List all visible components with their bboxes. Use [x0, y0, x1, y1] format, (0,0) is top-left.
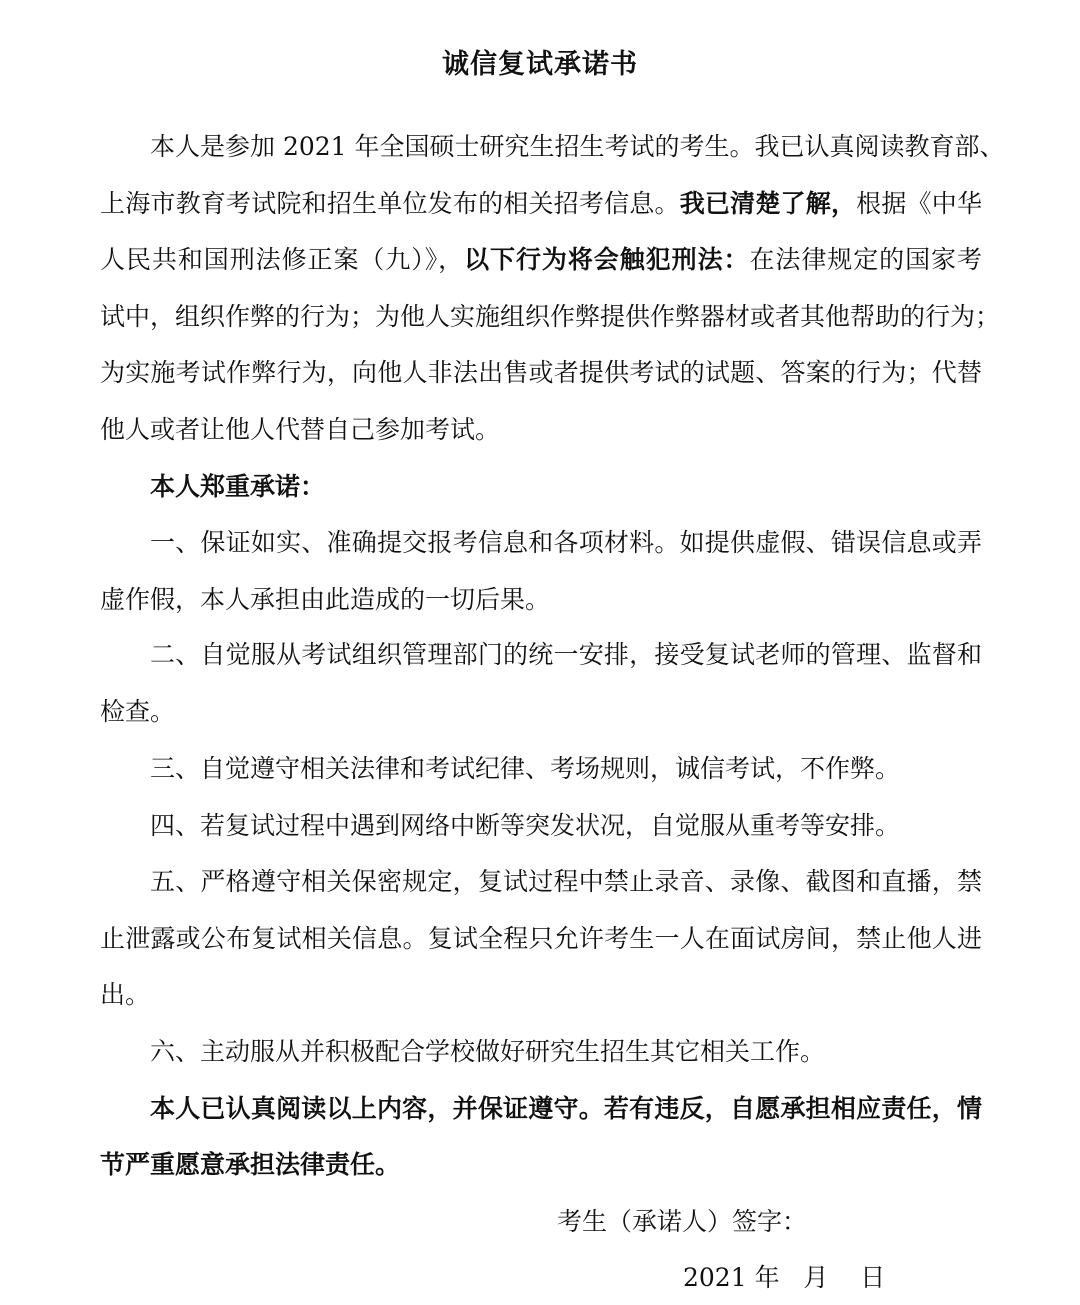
pledge-heading: 本人郑重承诺：: [150, 470, 982, 504]
pledge-item-1-line-2: 虚作假，本人承担由此造成的一切后果。: [100, 583, 982, 617]
intro-bold-text: 以下行为将会触犯刑法：: [464, 245, 749, 274]
pledge-item-5-line-1: 五、严格遵守相关保密规定，复试过程中禁止录音、录像、截图和直播，禁: [150, 865, 982, 899]
intro-line-2: 上海市教育考试院和招生单位发布的相关招考信息。我已清楚了解，根据《中华: [100, 187, 982, 221]
document-title: 诚信复试承诺书: [0, 42, 1080, 81]
intro-text: 上海市教育考试院和招生单位发布的相关招考信息。: [100, 189, 680, 218]
pledge-item-1-line-1: 一、保证如实、准确提交报考信息和各项材料。如提供虚假、错误信息或弄: [150, 526, 982, 560]
pledge-item-5-line-2: 止泄露或公布复试相关信息。复试全程只允许考生一人在面试房间，禁止他人进: [100, 922, 982, 956]
intro-line-3: 人民共和国刑法修正案（九）》，以下行为将会触犯刑法：在法律规定的国家考: [100, 243, 982, 277]
pledge-item-5-line-3: 出。: [100, 978, 982, 1012]
signature-label: 考生（承诺人）签字：: [557, 1205, 807, 1239]
intro-line-5: 为实施考试作弊行为，向他人非法出售或者提供考试的试题、答案的行为；代替: [100, 356, 982, 390]
pledge-item-2-line-1: 二、自觉服从考试组织管理部门的统一安排，接受复试老师的管理、监督和: [150, 638, 982, 672]
intro-line-1: 本人是参加 2021 年全国硕士研究生招生考试的考生。我已认真阅读教育部、: [150, 130, 982, 164]
intro-line-6: 他人或者让他人代替自己参加考试。: [100, 413, 982, 447]
closing-line-2: 节严重愿意承担法律责任。: [100, 1148, 982, 1182]
closing-line-1: 本人已认真阅读以上内容，并保证遵守。若有违反，自愿承担相应责任，情: [150, 1092, 982, 1126]
pledge-item-2-line-2: 检查。: [100, 695, 982, 729]
pledge-item-4: 四、若复试过程中遇到网络中断等突发状况，自觉服从重考等安排。: [150, 809, 982, 843]
intro-text: 人民共和国刑法修正案（九）》，: [100, 245, 464, 274]
pledge-item-3: 三、自觉遵守相关法律和考试纪律、考场规则，诚信考试，不作弊。: [150, 752, 982, 786]
intro-line-4: 试中，组织作弊的行为；为他人实施组织作弊提供作弊器材或者其他帮助的行为；: [100, 300, 982, 334]
intro-text: 根据《中华: [856, 189, 982, 218]
pledge-document: 诚信复试承诺书 本人是参加 2021 年全国硕士研究生招生考试的考生。我已认真阅…: [0, 0, 1080, 1305]
intro-bold-text: 我已清楚了解，: [680, 189, 856, 218]
intro-text: 在法律规定的国家考: [749, 245, 982, 274]
date-line: 2021 年 月 日: [683, 1261, 885, 1295]
pledge-item-6: 六、主动服从并积极配合学校做好研究生招生其它相关工作。: [150, 1035, 982, 1069]
